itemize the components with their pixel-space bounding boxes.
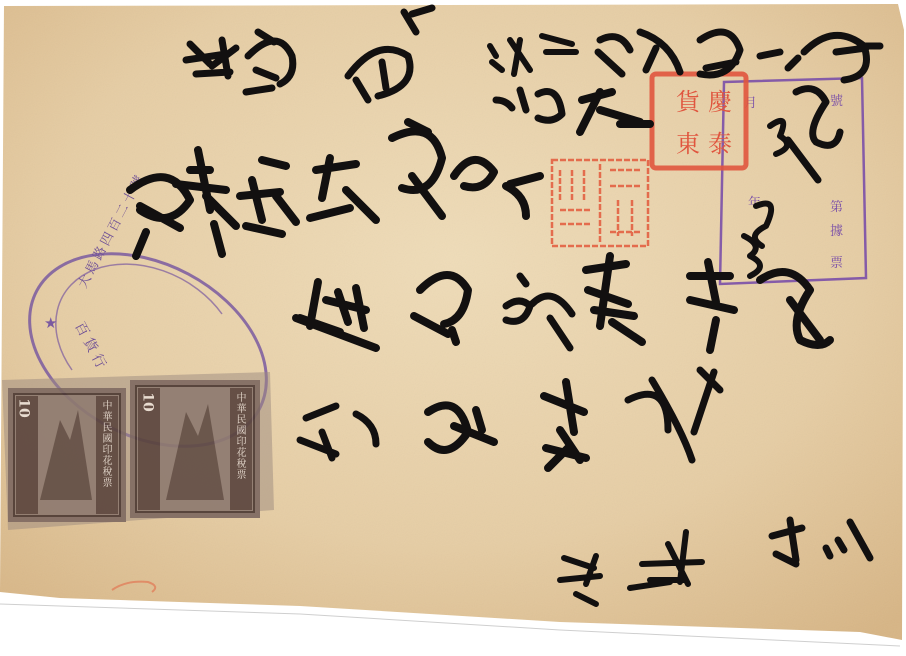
handwritten-calligraphy	[0, 0, 906, 656]
receipt-document: ★ 大馬路四百二十號 百貨行 10 10 中華民國印花稅票	[0, 0, 906, 656]
